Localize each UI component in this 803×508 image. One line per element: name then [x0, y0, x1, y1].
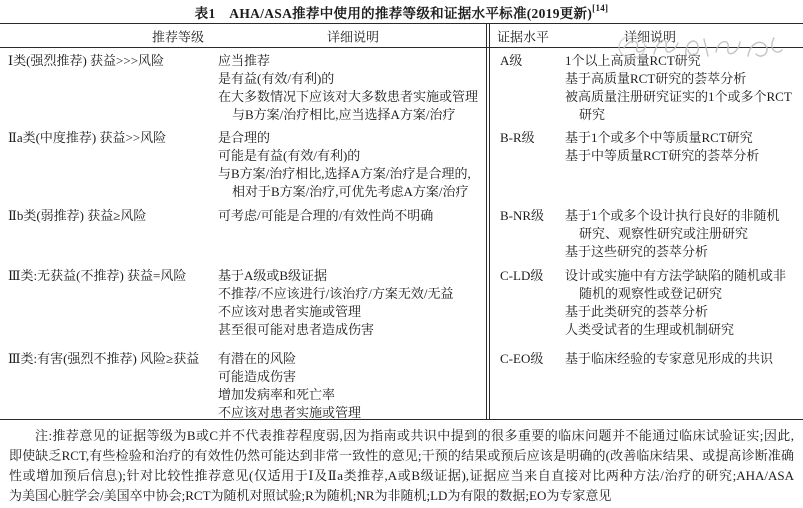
detail-line: 设计或实施中有方法学缺陷的随机或非	[565, 267, 803, 285]
table-header-row: 推荐等级 详细说明 证据水平 详细说明	[0, 24, 803, 48]
detail-line: 人类受试者的生理或机制研究	[565, 321, 803, 339]
header-evidence-level: 证据水平	[497, 26, 549, 45]
detail-line: 1个以上高质量RCT研究	[565, 52, 803, 70]
table-title: 表1 AHA/ASA推荐中使用的推荐等级和证据水平标准(2019更新)[14]	[0, 0, 803, 23]
detail-line: 与B方案/治疗相比,选择A方案/治疗是合理的,	[218, 165, 487, 183]
table-row: Ⅲ类:无获益(不推荐) 获益=风险基于A级或B级证据不推荐/不应该进行/该治疗/…	[0, 263, 803, 346]
detail-line: 不推荐/不应该进行/该治疗/方案无效/无益	[218, 285, 487, 303]
header-recommendation-class: 推荐等级	[152, 26, 204, 45]
detail-line: 研究、观察性研究或注册研究	[565, 225, 803, 243]
detail-line: 是合理的	[218, 129, 487, 147]
recommendation-class-label: Ⅲ类:无获益(不推荐) 获益=风险	[0, 263, 212, 346]
recommendation-class-label: Ⅲ类:有害(强烈不推荐) 风险≥获益	[0, 346, 212, 420]
detail-line: 基于中等质量RCT研究的荟萃分析	[565, 147, 803, 165]
detail-line: 有潜在的风险	[218, 350, 487, 368]
evidence-level-details: 设计或实施中有方法学缺陷的随机或非随机的观察性或登记研究基于此类研究的荟萃分析人…	[565, 263, 803, 346]
note-line: 为美国心脏学会/美国卒中协会;RCT为随机对照试验;R为随机;NR为非随机;LD…	[9, 486, 794, 506]
detail-line: 应当推荐	[218, 52, 487, 70]
detail-line: 不应该对患者实施或管理	[218, 404, 487, 420]
detail-line: 增加发病率和死亡率	[218, 386, 487, 404]
detail-line: 基于1个或多个设计执行良好的非随机	[565, 207, 803, 225]
recommendation-class-label: Ⅱa类(中度推荐) 获益>>风险	[0, 125, 212, 203]
detail-line: 基于A级或B级证据	[218, 267, 487, 285]
detail-line: 可能造成伤害	[218, 368, 487, 386]
evidence-level-label: C-EO级	[493, 346, 565, 420]
evidence-level-label: A级	[493, 48, 565, 125]
recommendation-class-details: 基于A级或B级证据不推荐/不应该进行/该治疗/方案无效/无益不应该对患者实施或管…	[212, 263, 487, 346]
recommendation-class-details: 应当推荐是有益(有效/有利)的在大多数情况下应该对大多数患者实施或管理与B方案/…	[212, 48, 487, 125]
evidence-level-details: 基于1个或多个设计执行良好的非随机研究、观察性研究或注册研究基于这些研究的荟萃分…	[565, 203, 803, 263]
detail-line: 基于临床经验的专家意见形成的共识	[565, 350, 803, 368]
note-line: 性或增加预后信息);针对比较性推荐意见(仅适用于Ⅰ及Ⅱa类推荐,A或B级证据),…	[9, 466, 794, 486]
detail-line: 相对于B方案/治疗,可优先考虑A方案/治疗	[218, 183, 487, 201]
note-line: 即使缺乏RCT,有些检验和治疗的有效性仍然可能达到非常一致性的意见;干预的结果或…	[9, 446, 794, 466]
header-evidence-detail: 详细说明	[624, 26, 676, 45]
detail-line: 被高质量注册研究证实的1个或多个RCT	[565, 88, 803, 106]
evidence-level-label: C-LD级	[493, 263, 565, 346]
recommendation-class-details: 是合理的可能是有益(有效/有利)的与B方案/治疗相比,选择A方案/治疗是合理的,…	[212, 125, 487, 203]
double-rule-divider	[486, 24, 490, 419]
detail-line: 甚至很可能对患者造成伤害	[218, 321, 487, 339]
note-line: 注:推荐意见的证据等级为B或C并不代表推荐程度弱,因为指南或共识中提到的很多重要…	[9, 426, 794, 446]
detail-line: 不应该对患者实施或管理	[218, 303, 487, 321]
table-footnotes: 注:推荐意见的证据等级为B或C并不代表推荐程度弱,因为指南或共识中提到的很多重要…	[0, 420, 803, 506]
detail-line: 基于1个或多个中等质量RCT研究	[565, 129, 803, 147]
table-title-text: 表1 AHA/ASA推荐中使用的推荐等级和证据水平标准(2019更新)	[195, 2, 593, 22]
recommendation-evidence-table: 推荐等级 详细说明 证据水平 详细说明 Ⅰ类(强烈推荐) 获益>>>风险应当推荐…	[0, 23, 803, 420]
evidence-level-details: 基于1个或多个中等质量RCT研究基于中等质量RCT研究的荟萃分析	[565, 125, 803, 203]
scanned-paper-table-page: 表1 AHA/ASA推荐中使用的推荐等级和证据水平标准(2019更新)[14] …	[0, 0, 803, 508]
table-row: Ⅱb类(弱推荐) 获益≥风险可考虑/可能是合理的/有效性尚不明确B-NR级基于1…	[0, 203, 803, 263]
detail-line: 与B方案/治疗相比,应当选择A方案/治疗	[218, 106, 487, 124]
evidence-level-label: B-R级	[493, 125, 565, 203]
header-recommendation-detail: 详细说明	[327, 26, 379, 45]
detail-line: 随机的观察性或登记研究	[565, 285, 803, 303]
recommendation-class-details: 有潜在的风险可能造成伤害增加发病率和死亡率不应该对患者实施或管理	[212, 346, 487, 420]
recommendation-class-details: 可考虑/可能是合理的/有效性尚不明确	[212, 203, 487, 263]
detail-line: 可考虑/可能是合理的/有效性尚不明确	[218, 207, 487, 225]
detail-line: 是有益(有效/有利)的	[218, 70, 487, 88]
detail-line: 基于这些研究的荟萃分析	[565, 243, 803, 261]
recommendation-class-label: Ⅱb类(弱推荐) 获益≥风险	[0, 203, 212, 263]
evidence-level-label: B-NR级	[493, 203, 565, 263]
detail-line: 基于高质量RCT研究的荟萃分析	[565, 70, 803, 88]
detail-line: 可能是有益(有效/有利)的	[218, 147, 487, 165]
table-row: Ⅲ类:有害(强烈不推荐) 风险≥获益有潜在的风险可能造成伤害增加发病率和死亡率不…	[0, 346, 803, 420]
table-row: Ⅱa类(中度推荐) 获益>>风险是合理的可能是有益(有效/有利)的与B方案/治疗…	[0, 125, 803, 203]
evidence-level-details: 1个以上高质量RCT研究基于高质量RCT研究的荟萃分析被高质量注册研究证实的1个…	[565, 48, 803, 125]
table-body: Ⅰ类(强烈推荐) 获益>>>风险应当推荐是有益(有效/有利)的在大多数情况下应该…	[0, 48, 803, 420]
detail-line: 研究	[565, 106, 803, 124]
citation-superscript: [14]	[592, 3, 608, 13]
detail-line: 在大多数情况下应该对大多数患者实施或管理	[218, 88, 487, 106]
table-row: Ⅰ类(强烈推荐) 获益>>>风险应当推荐是有益(有效/有利)的在大多数情况下应该…	[0, 48, 803, 125]
evidence-level-details: 基于临床经验的专家意见形成的共识	[565, 346, 803, 420]
recommendation-class-label: Ⅰ类(强烈推荐) 获益>>>风险	[0, 48, 212, 125]
detail-line: 基于此类研究的荟萃分析	[565, 303, 803, 321]
